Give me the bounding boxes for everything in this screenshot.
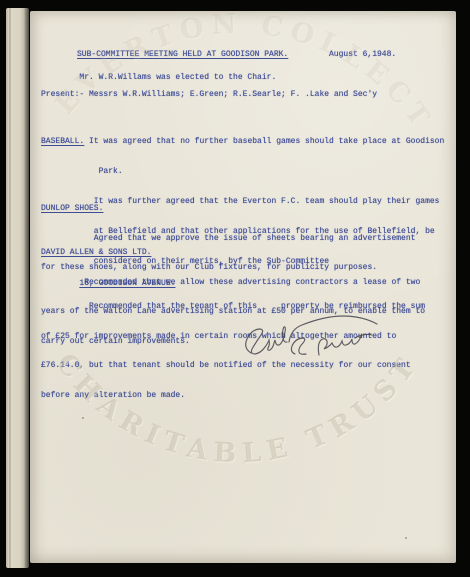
meeting-title: SUB-COMMITTEE MEETING HELD AT GOODISON P… xyxy=(77,50,288,60)
paper-speck xyxy=(405,537,407,539)
typed-text-layer: SUB-COMMITTEE MEETING HELD AT GOODISON P… xyxy=(41,11,455,563)
section-heading-david-allen: DAVID ALLEN & SONS LTD. xyxy=(41,248,151,257)
baseball-line: Park. xyxy=(41,167,455,177)
title-row: SUB-COMMITTEE MEETING HELD AT GOODISON P… xyxy=(41,50,455,90)
paper-speck xyxy=(82,417,84,419)
goodison-avenue-line: before any alteration be made. xyxy=(41,391,455,401)
chair-line: Mr. W.R.Willams was elected to the Chair… xyxy=(41,73,455,83)
baseball-line: BASEBALL. It was agreed that no further … xyxy=(41,137,455,147)
section-heading-baseball: BASEBALL. xyxy=(41,137,84,146)
scan-frame: SUB-COMMITTEE MEETING HELD AT GOODISON P… xyxy=(0,0,470,577)
baseball-line-1: It was agreed that no further baseball g… xyxy=(84,137,444,146)
signature: Cecil S Baxter xyxy=(235,311,385,374)
section-heading-dunlop: DUNLOP SHOES. xyxy=(41,204,103,213)
document-page: SUB-COMMITTEE MEETING HELD AT GOODISON P… xyxy=(30,11,456,563)
meeting-date: August 6,1948. xyxy=(329,50,396,60)
signature-scrawl-icon xyxy=(235,311,385,369)
present-line: Present:- Messrs W.R.Williams; E.Green; … xyxy=(41,90,455,100)
